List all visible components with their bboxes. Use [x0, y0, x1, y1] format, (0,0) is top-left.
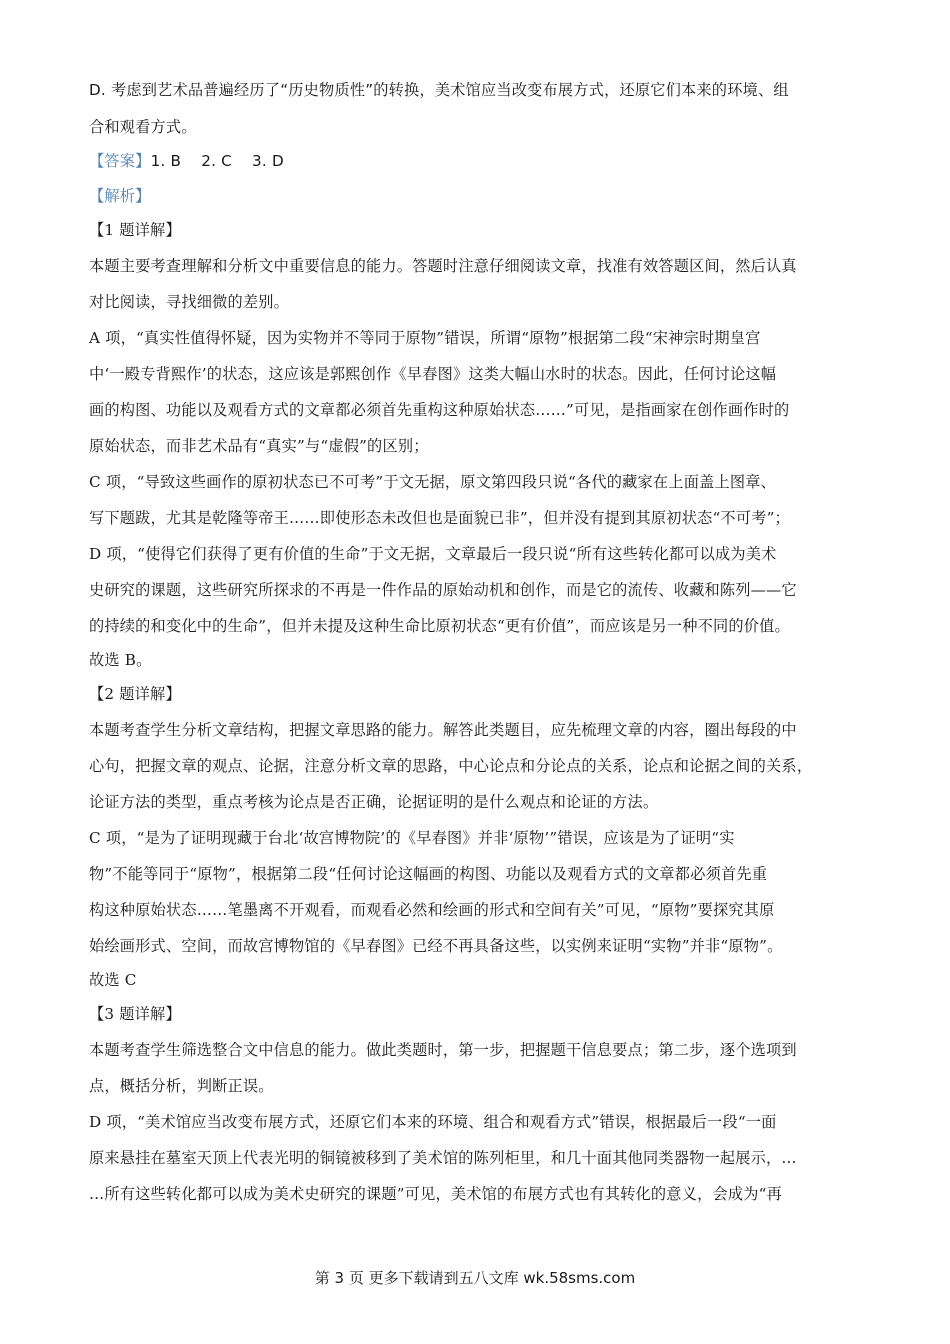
- answer-values: 1. B 2. C 3. D: [151, 152, 284, 170]
- option-d-line-2: 合和观看方式。: [89, 117, 197, 137]
- q2-line: 始绘画形式、空间，而故宫博物馆的《早春图》已经不再具备这些，以实例来证明“实物”…: [89, 936, 783, 956]
- q1-line: A 项，“真实性值得怀疑，因为实物并不等同于原物”错误，所谓“原物”根据第二段“…: [89, 328, 761, 348]
- q1-line: 本题主要考查理解和分析文中重要信息的能力。答题时注意仔细阅读文章，找准有效答题区…: [89, 256, 797, 276]
- q2-line: 论证方法的类型，重点考核为论点是否正确，论据证明的是什么观点和论证的方法。: [89, 792, 658, 812]
- q3-heading: 【3 题详解】: [89, 1004, 181, 1024]
- analysis-label: 【解析】: [89, 186, 151, 206]
- page-footer: 第 3 页 更多下载请到五八文库 wk.58sms.com: [0, 1267, 950, 1288]
- q2-conclusion: 故选 C: [89, 970, 137, 990]
- option-d-line-1: D. 考虑到艺术品普遍经历了“历史物质性”的转换，美术馆应当改变布展方式，还原它…: [89, 80, 789, 100]
- q1-line: 中‘一殿专背熙作’的状态，这应该是郭熙创作《早春图》这类大幅山水时的状态。因此，…: [89, 364, 776, 384]
- q2-line: 心句，把握文章的观点、论据，注意分析文章的思路，中心论点和分论点的关系，论点和论…: [89, 756, 812, 776]
- q1-line: 画的构图、功能以及观看方式的文章都必须首先重构这种原始状态……”可见，是指画家在…: [89, 400, 789, 420]
- q1-line: 的持续的和变化中的生命”，但并未提及这种生命比原初状态“更有价值”，而应该是另一…: [89, 616, 790, 636]
- answer-row: 【答案】1. B 2. C 3. D: [89, 151, 284, 171]
- q1-line: D 项，“使得它们获得了更有价值的生命”于文无据，文章最后一段只说“所有这些转化…: [89, 544, 777, 564]
- q1-line: C 项，“导致这些画作的原初状态已不可考”于文无据，原文第四段只说“各代的藏家在…: [89, 472, 776, 492]
- q3-line: 原来悬挂在墓室天顶上代表光明的铜镜被移到了美术馆的陈列柜里，和几十面其他同类器物…: [89, 1148, 797, 1168]
- q2-line: 构这种原始状态……笔墨离不开观看，而观看必然和绘画的形式和空间有关”可见，“原物…: [89, 900, 775, 920]
- q1-line: 写下题跋，尤其是乾隆等帝王……即使形态未改但也是面貌已非”，但并没有提到其原初状…: [89, 508, 790, 528]
- q1-conclusion: 故选 B。: [89, 650, 152, 670]
- q1-line: 对比阅读，寻找细微的差别。: [89, 292, 289, 312]
- q1-line: 原始状态，而非艺术品有“真实”与“虚假”的区别；: [89, 436, 429, 456]
- q2-heading: 【2 题详解】: [89, 684, 181, 704]
- q3-line: 本题考查学生筛选整合文中信息的能力。做此类题时，第一步，把握题干信息要点；第二步…: [89, 1040, 797, 1060]
- q2-line: 本题考查学生分析文章结构，把握文章思路的能力。解答此类题目，应先梳理文章的内容，…: [89, 720, 797, 740]
- q2-line: 物”不能等同于“原物”，根据第二段“任何讨论这幅画的构图、功能以及观看方式的文章…: [89, 864, 767, 884]
- answer-label: 【答案】: [89, 152, 151, 170]
- q1-heading: 【1 题详解】: [89, 220, 181, 240]
- q3-line: 点，概括分析，判断正误。: [89, 1076, 274, 1096]
- q3-line: D 项，“美术馆应当改变布展方式，还原它们本来的环境、组合和观看方式”错误，根据…: [89, 1112, 777, 1132]
- q3-line: …所有这些转化都可以成为美术史研究的课题”可见，美术馆的布展方式也有其转化的意义…: [89, 1184, 782, 1204]
- q2-line: C 项，“是为了证明现藏于台北‘故宫博物院’的《早春图》并非‘原物’”错误，应该…: [89, 828, 735, 848]
- q1-line: 史研究的课题，这些研究所探求的不再是一件作品的原始动机和创作，而是它的流传、收藏…: [89, 580, 797, 600]
